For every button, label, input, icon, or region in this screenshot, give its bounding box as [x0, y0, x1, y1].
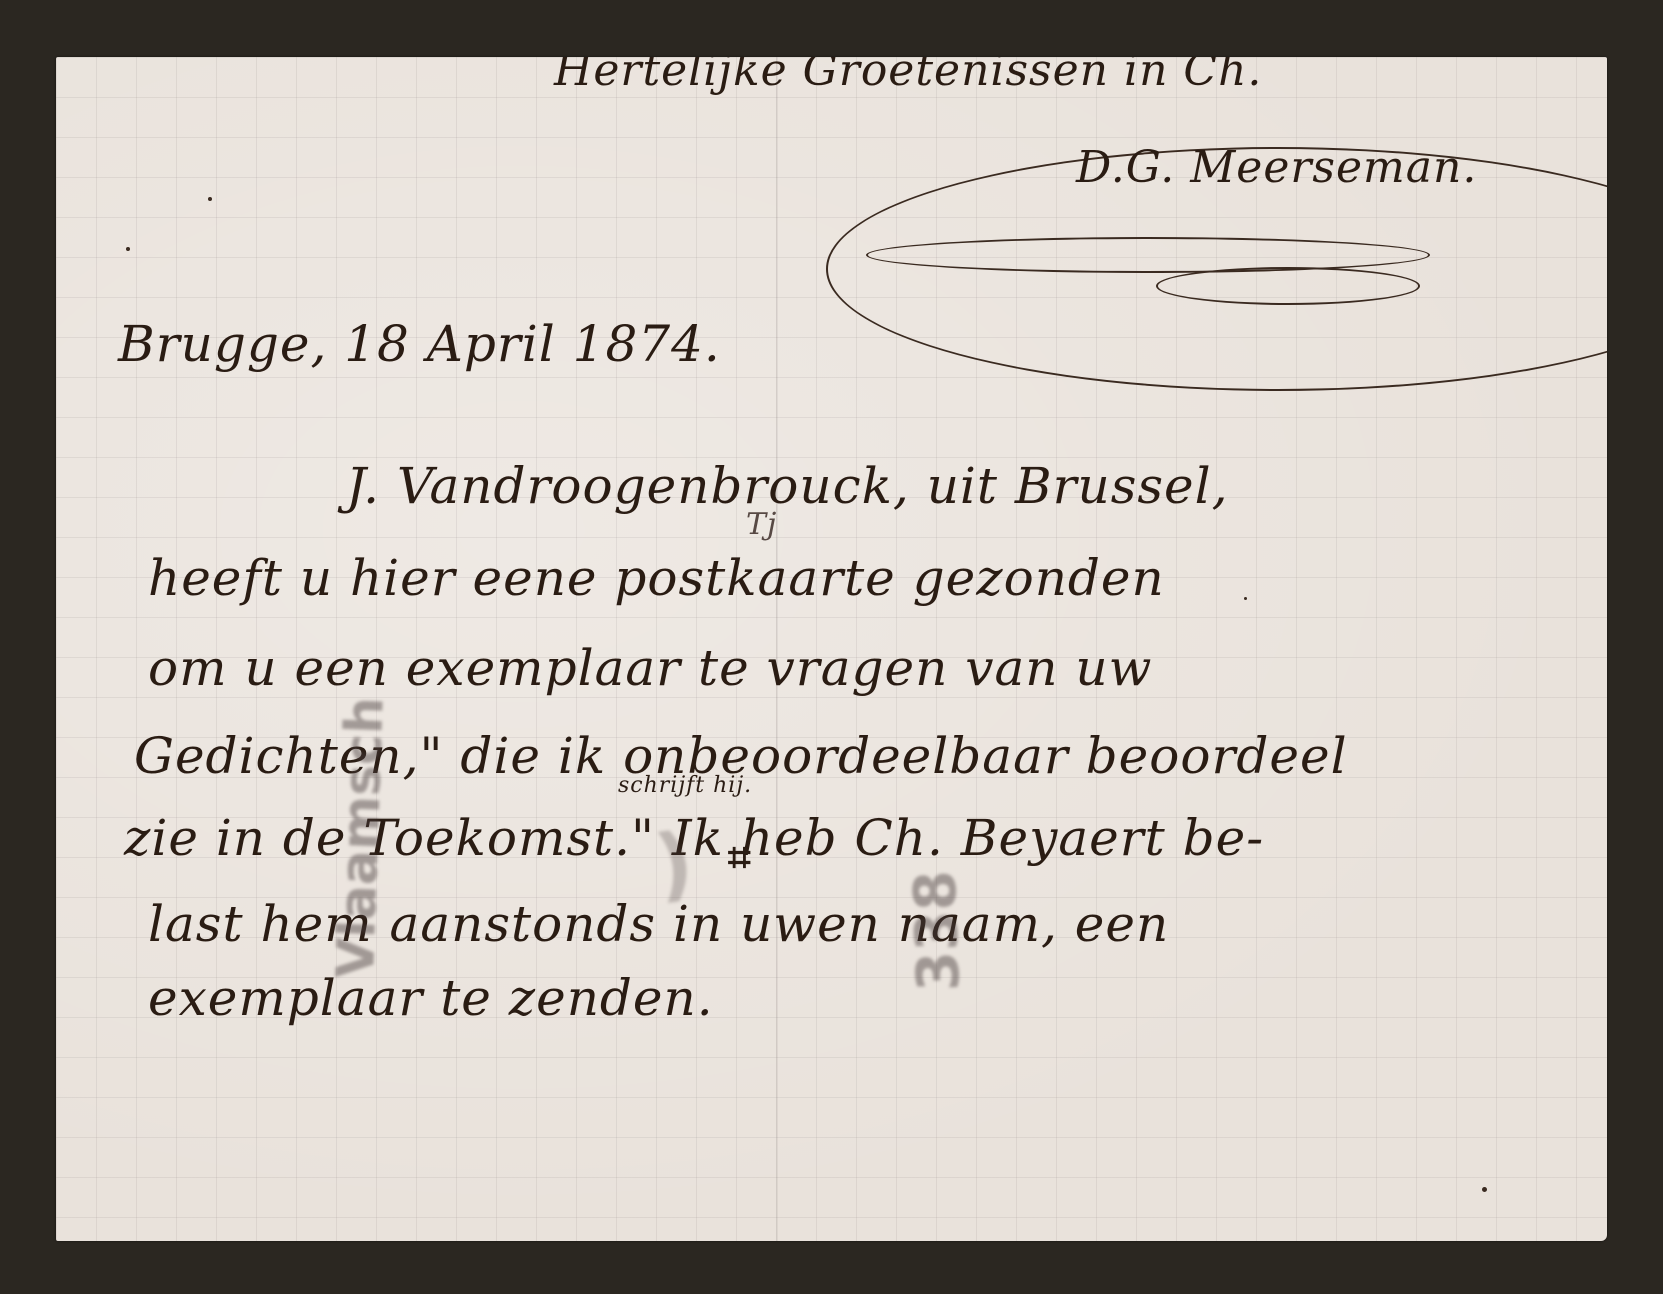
body-line-2: heeft u hier eene postkaarte gezonden: [148, 549, 1165, 607]
faded-stamp-text: Vlaamsch: [326, 696, 396, 979]
body-line-1: J. Vandroogenbrouck, uit Brussel,: [346, 457, 1229, 515]
letter-paper: Hertelijke Groetenissen in Ch. D.G. Meer…: [56, 57, 1607, 1241]
body-line-5: zie in de Toekomst." Ik heb Ch. Beyaert …: [124, 809, 1264, 867]
signature-flourish-loop-2: [1156, 267, 1420, 305]
closing-greeting: Hertelijke Groetenissen in Ch.: [554, 57, 1262, 96]
ink-speck: [208, 197, 212, 201]
body-line-3: om u een exemplaar te vragen van uw: [148, 639, 1152, 697]
interlinear-insertion: schrijft hij.: [618, 773, 752, 798]
insertion-mark-symbol: ⌗: [728, 835, 751, 881]
body-line-6: last hem aanstonds in uwen naam, een: [148, 895, 1169, 953]
ink-speck: [1244, 597, 1247, 600]
ink-speck: [1482, 1187, 1487, 1192]
signature-flourish-loop: [866, 237, 1430, 273]
signature: D.G. Meerseman.: [1076, 142, 1477, 193]
place-date: Brugge, 18 April 1874.: [118, 315, 721, 373]
ink-speck: [126, 247, 130, 251]
body-line-7: exemplaar te zenden.: [148, 969, 714, 1027]
faded-stamp-number: 338: [900, 869, 972, 992]
